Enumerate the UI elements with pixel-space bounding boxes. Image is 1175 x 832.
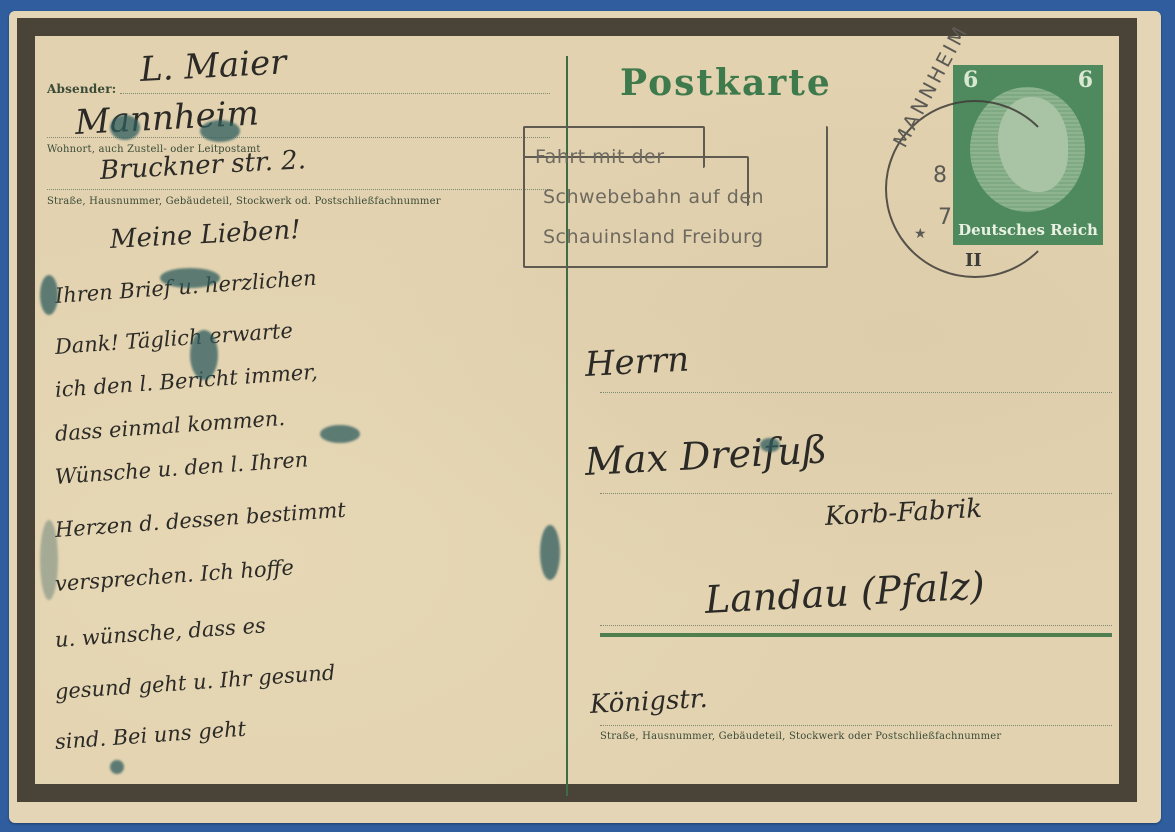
stamp-value: 6 (963, 67, 978, 93)
slogan-line: Schwebebahn auf den (543, 186, 764, 208)
postkarte-title: Postkarte (620, 62, 832, 104)
sender-name: L. Maier (139, 42, 287, 90)
dotted-line (600, 725, 1112, 726)
dotted-line (600, 493, 1112, 494)
ink-blot (320, 425, 360, 443)
dotted-line (120, 93, 550, 94)
postmark-star-icon: ★ (914, 226, 927, 242)
ink-blot (40, 275, 58, 315)
stamp-value: 6 (1078, 67, 1093, 93)
ink-blot (760, 438, 780, 452)
ink-blot (110, 115, 140, 140)
recipient-salutation: Herrn (584, 340, 690, 385)
ink-blot (200, 120, 240, 142)
sender-street-label: Straße, Hausnummer, Gebäudeteil, Stockwe… (47, 196, 441, 207)
ink-blot (540, 525, 560, 580)
postmark-day: 8 (933, 163, 947, 188)
dotted-line (600, 392, 1112, 393)
recipient-street: Königstr. (589, 684, 708, 720)
sender-label: Absender: (47, 82, 116, 96)
slogan-line: Schauinsland Freiburg (543, 226, 764, 248)
dotted-line (47, 189, 550, 190)
slogan-line: Fahrt mit der (535, 146, 665, 168)
ink-blot (110, 760, 124, 774)
dotted-line (600, 625, 1112, 626)
postmark-office: II (965, 250, 982, 271)
slogan-cancel: Fahrt mit der Schwebebahn auf den Schaui… (523, 126, 826, 268)
ink-blot (160, 268, 220, 288)
ink-blot (190, 330, 218, 380)
city-underline (600, 633, 1112, 637)
ink-blot (40, 520, 58, 600)
recipient-street-label: Straße, Hausnummer, Gebäudeteil, Stockwe… (600, 731, 1001, 742)
postmark-month: 7 (938, 205, 952, 230)
